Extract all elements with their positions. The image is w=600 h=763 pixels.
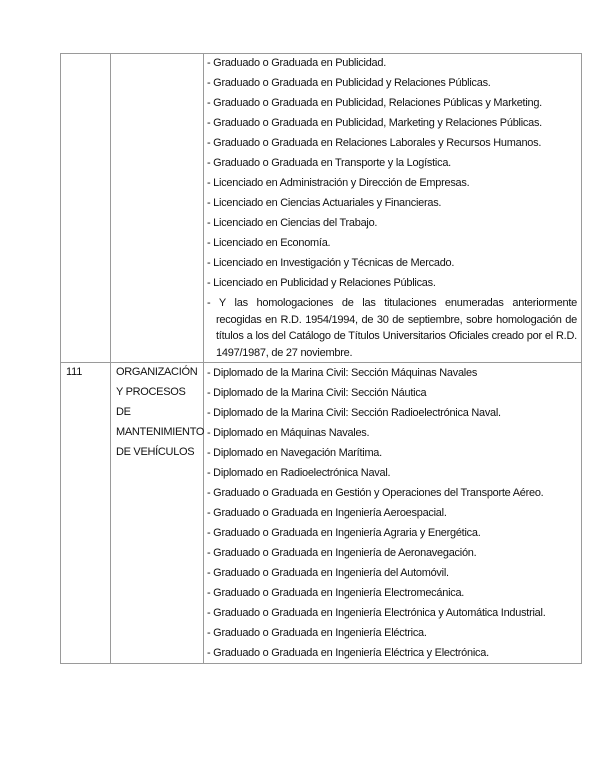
list-item: - Diplomado en Navegación Marítima. xyxy=(207,443,575,463)
list-item: - Graduado o Graduada en Publicidad y Re… xyxy=(207,73,575,93)
specialty-title-line: ORGANIZACIÓN xyxy=(116,362,201,382)
list-item: - Graduado o Graduada en Ingeniería Eléc… xyxy=(207,643,575,663)
qualifications-cell: - Diplomado de la Marina Civil: Sección … xyxy=(204,363,582,664)
specialty-title-line: Y PROCESOS DE xyxy=(116,382,201,422)
list-item: - Licenciado en Ciencias Actuariales y F… xyxy=(207,193,575,213)
list-item: - Diplomado de la Marina Civil: Sección … xyxy=(207,363,575,383)
list-item: - Graduado o Graduada en Ingeniería de A… xyxy=(207,543,575,563)
row-number: 111 xyxy=(61,363,111,664)
list-item: - Graduado o Graduada en Ingeniería Eléc… xyxy=(207,623,575,643)
list-item: - Graduado o Graduada en Publicidad, Rel… xyxy=(207,93,575,113)
list-item: - Graduado o Graduada en Publicidad. xyxy=(207,53,575,73)
list-item: - Graduado o Graduada en Transporte y la… xyxy=(207,153,575,173)
list-item: - Licenciado en Ciencias del Trabajo. xyxy=(207,213,575,233)
list-item: - Diplomado de la Marina Civil: Sección … xyxy=(207,383,575,403)
qualifications-cell: - Graduado o Graduada en Publicidad.- Gr… xyxy=(204,54,582,363)
list-item: - Licenciado en Economía. xyxy=(207,233,575,253)
list-item: - Licenciado en Publicidad y Relaciones … xyxy=(207,273,575,293)
row-number xyxy=(61,54,111,363)
homologation-note: - Y las homologaciones de las titulacion… xyxy=(207,293,577,362)
list-item: - Graduado o Graduada en Relaciones Labo… xyxy=(207,133,575,153)
table-row: 111ORGANIZACIÓNY PROCESOS DEMANTENIMIENT… xyxy=(61,363,582,664)
specialty-title-line: MANTENIMIENTO xyxy=(116,422,201,442)
list-item: - Graduado o Graduada en Publicidad, Mar… xyxy=(207,113,575,133)
list-item: - Diplomado de la Marina Civil: Sección … xyxy=(207,403,575,423)
list-item: - Graduado o Graduada en Ingeniería Aero… xyxy=(207,503,575,523)
list-item: - Graduado o Graduada en Ingeniería Agra… xyxy=(207,523,575,543)
list-item: - Graduado o Graduada en Ingeniería Elec… xyxy=(207,603,575,623)
list-item: - Licenciado en Investigación y Técnicas… xyxy=(207,253,575,273)
list-item: - Diplomado en Máquinas Navales. xyxy=(207,423,575,443)
list-item: - Graduado o Graduada en Ingeniería Elec… xyxy=(207,583,575,603)
specialty-title: ORGANIZACIÓNY PROCESOS DEMANTENIMIENTODE… xyxy=(111,363,204,664)
table-row: - Graduado o Graduada en Publicidad.- Gr… xyxy=(61,54,582,363)
list-item: - Licenciado en Administración y Direcci… xyxy=(207,173,575,193)
qualifications-list: - Graduado o Graduada en Publicidad.- Gr… xyxy=(204,53,581,362)
list-item: - Graduado o Graduada en Gestión y Opera… xyxy=(207,483,575,503)
specialty-title-line: DE VEHÍCULOS xyxy=(116,442,201,462)
qualifications-list: - Diplomado de la Marina Civil: Sección … xyxy=(204,363,581,663)
qualifications-table: - Graduado o Graduada en Publicidad.- Gr… xyxy=(60,53,582,664)
list-item: - Graduado o Graduada en Ingeniería del … xyxy=(207,563,575,583)
document-page: - Graduado o Graduada en Publicidad.- Gr… xyxy=(0,0,600,763)
specialty-title xyxy=(111,54,204,363)
list-item: - Diplomado en Radioelectrónica Naval. xyxy=(207,463,575,483)
